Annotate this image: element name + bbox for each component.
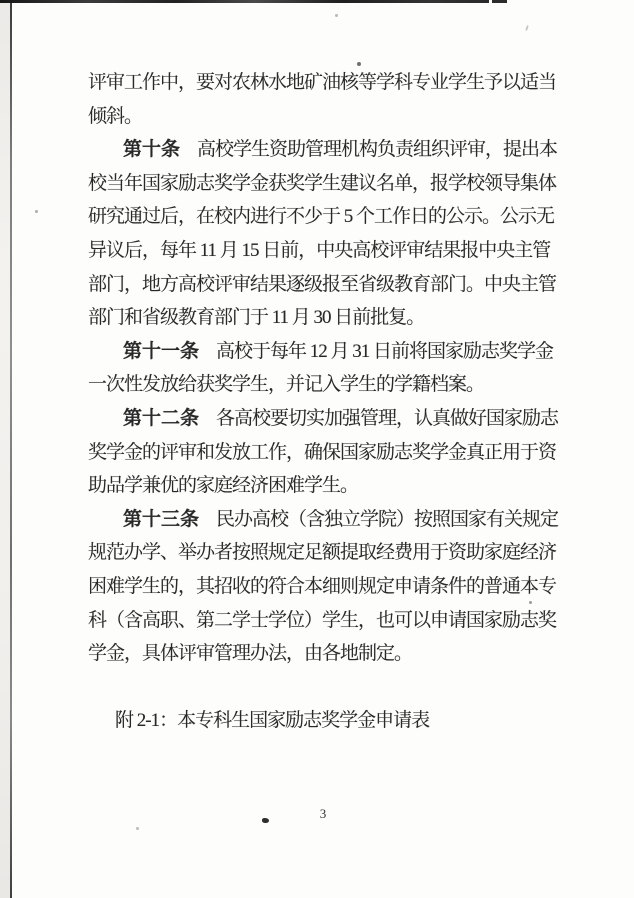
text-line: 附 2-1：本专科生国家励志奖学金申请表 — [88, 704, 566, 738]
text-line: 部门和省级教育部门于 11 月 30 日前批复。 — [88, 301, 566, 335]
line-text: 规范办学、举办者按照规定足额提取经费用于资助家庭经济 — [88, 542, 556, 563]
line-text: 附 2-1：本专科生国家励志奖学金申请表 — [115, 710, 429, 731]
page-number: 3 — [6, 806, 634, 822]
line-text: 倾斜。 — [88, 106, 142, 127]
line-text: 异议后，每年 11 月 15 日前，中央高校评审结果报中央主管 — [88, 240, 550, 261]
line-text: 困难学生的，其招收的符合本细则规定申请条件的普通本专 — [88, 576, 556, 597]
scan-edge-top-dash — [492, 0, 507, 3]
line-text: 高校学生资助管理机构负责组织评审，提出本 — [197, 139, 557, 160]
line-text: 奖学金的评审和发放工作，确保国家励志奖学金真正用于资 — [88, 442, 556, 463]
scan-speck — [335, 14, 338, 17]
line-text: 研究通过后，在校内进行不少于 5 个工作日的公示。公示无 — [88, 206, 554, 227]
scan-speck — [525, 25, 529, 31]
scanned-document-page: { "page": { "number": "3" }, "colors": {… — [0, 0, 634, 898]
text-line: 校当年国家励志奖学金获奖学生建议名单，报学校领导集体 — [88, 167, 566, 201]
scan-edge-left-strip — [0, 0, 10, 898]
line-text: 部门和省级教育部门于 11 月 30 日前批复。 — [88, 307, 424, 328]
article-number: 第十一条 — [123, 341, 199, 362]
line-text: 民办高校（含独立学院）按照国家有关规定 — [216, 509, 558, 530]
text-line: 困难学生的，其招收的符合本细则规定申请条件的普通本专 — [88, 570, 566, 604]
line-text: 一次性发放给获奖学生，并记入学生的学籍档案。 — [88, 374, 484, 395]
scan-speck — [35, 210, 38, 213]
blank-line — [88, 671, 566, 705]
text-line: 第十二条各高校要切实加强管理，认真做好国家励志 — [88, 402, 566, 436]
scan-edge-top-line — [0, 0, 489, 3]
text-line: 学金，具体评审管理办法，由各地制定。 — [88, 637, 566, 671]
line-text: 各高校要切实加强管理，认真做好国家励志 — [216, 408, 558, 429]
text-line: 一次性发放给获奖学生，并记入学生的学籍档案。 — [88, 368, 566, 402]
text-line: 奖学金的评审和发放工作，确保国家励志奖学金真正用于资 — [88, 436, 566, 470]
text-line: 异议后，每年 11 月 15 日前，中央高校评审结果报中央主管 — [88, 234, 566, 268]
text-line: 部门，地方高校评审结果逐级报至省级教育部门。中央主管 — [88, 268, 566, 302]
article-number: 第十条 — [123, 139, 180, 160]
line-text: 校当年国家励志奖学金获奖学生建议名单，报学校领导集体 — [88, 173, 556, 194]
line-text: 评审工作中，要对农林水地矿油核等学科专业学生予以适当 — [88, 72, 556, 93]
scan-speck — [136, 827, 139, 830]
text-line: 科（含高职、第二学士学位）学生，也可以申请国家励志奖 — [88, 604, 566, 638]
line-text: 部门，地方高校评审结果逐级报至省级教育部门。中央主管 — [88, 274, 556, 295]
article-number: 第十三条 — [123, 509, 199, 530]
text-block: 评审工作中，要对农林水地矿油核等学科专业学生予以适当倾斜。第十条高校学生资助管理… — [88, 66, 566, 738]
article-number: 第十二条 — [123, 408, 199, 429]
text-line: 规范办学、举办者按照规定足额提取经费用于资助家庭经济 — [88, 536, 566, 570]
text-line: 第十一条高校于每年 12 月 31 日前将国家励志奖学金 — [88, 335, 566, 369]
text-line: 评审工作中，要对农林水地矿油核等学科专业学生予以适当 — [88, 66, 566, 100]
text-line: 第十条高校学生资助管理机构负责组织评审，提出本 — [88, 133, 566, 167]
line-text: 学金，具体评审管理办法，由各地制定。 — [88, 643, 412, 664]
text-line: 研究通过后，在校内进行不少于 5 个工作日的公示。公示无 — [88, 200, 566, 234]
line-text: 科（含高职、第二学士学位）学生，也可以申请国家励志奖 — [88, 610, 556, 631]
line-text: 高校于每年 12 月 31 日前将国家励志奖学金 — [216, 341, 553, 362]
text-line: 助品学兼优的家庭经济困难学生。 — [88, 469, 566, 503]
text-line: 第十三条民办高校（含独立学院）按照国家有关规定 — [88, 503, 566, 537]
text-line: 倾斜。 — [88, 100, 566, 134]
line-text: 助品学兼优的家庭经济困难学生。 — [88, 475, 358, 496]
scan-edge-left-line — [10, 0, 12, 898]
